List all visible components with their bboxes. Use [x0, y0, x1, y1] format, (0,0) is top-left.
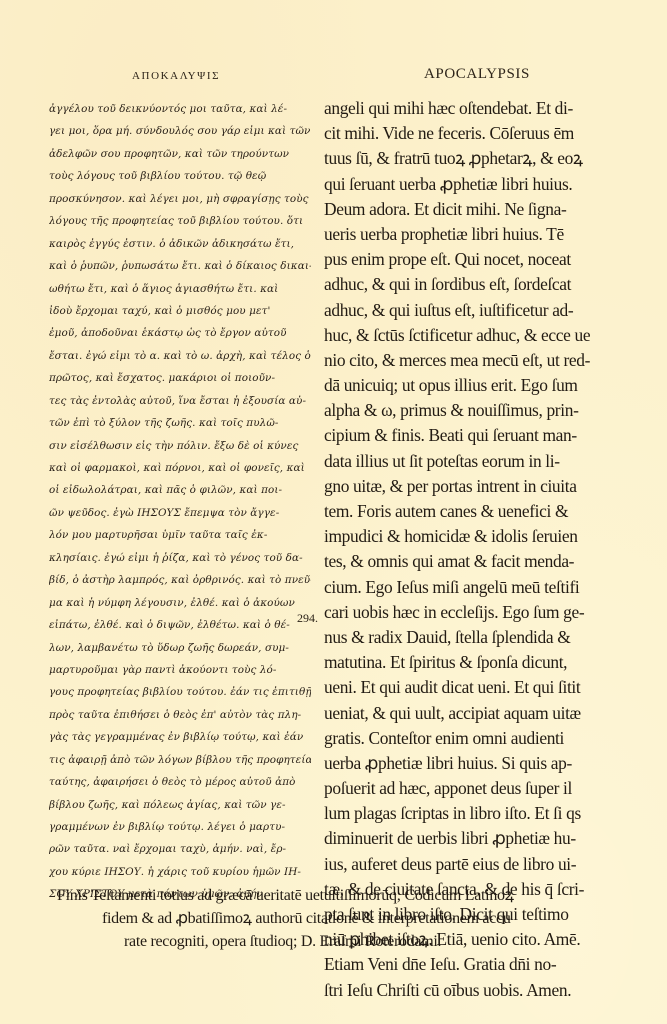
book-page: ΑΠΟΚΑΛΥΨΙΣ APOCALYPSIS ἀγγέλου τοῦ δεικν…: [0, 0, 667, 1024]
latin-line: ueni. Et qui audit dicat ueni. Et qui ſi…: [324, 675, 614, 700]
running-head-latin: APOCALYPSIS: [424, 66, 530, 83]
latin-line: impudici & homicidæ & idolis ſeruien: [324, 524, 614, 549]
colophon-line: fidem & ad ꝓbatiſſimoꝝ authorū citationē…: [0, 907, 667, 930]
latin-line: angeli qui mihi hæc oſtendebat. Et di-: [324, 96, 614, 121]
latin-line: data illius ut ſit poteſtas eorum in li-: [324, 449, 614, 474]
latin-line: diminuerit de uerbis libri ꝓphetiæ hu-: [324, 826, 614, 851]
greek-line: λόγους τῆς προφητείας τοῦ βιβλίου τούτου…: [49, 210, 311, 232]
greek-line: προσκύνησον. καὶ λέγει μοι, μὴ σφραγίσῃς…: [49, 188, 311, 210]
latin-line: Etiam Veni dn̄e Ieſu. Gratia dn̄i no-: [324, 952, 614, 977]
latin-line: tem. Foris autem canes & uenefici &: [324, 499, 614, 524]
greek-line: τοὺς λόγους τοῦ βιβλίου τούτου. τῷ θεῷ: [49, 165, 311, 187]
greek-line: ῶν ψεῦδος. ἐγὼ ΙΗΣΟΥΣ ἔπεμψα τὸν ἄγγε-: [49, 502, 311, 524]
greek-line: χου κύριε ΙΗΣΟΥ. ἡ χάρις τοῦ κυρίου ἡμῶν…: [49, 861, 311, 883]
greek-line: τις ἀφαιρῇ ἀπὸ τῶν λόγων βίβλου τῆς προφ…: [49, 749, 311, 771]
latin-line: tes, & omnis qui amat & facit menda-: [324, 549, 614, 574]
greek-line: λόν μου μαρτυρῆσαι ὑμῖν ταῦτα ταῖς ἐκ-: [49, 524, 311, 546]
greek-line: καιρὸς ἐγγύς ἐστιν. ὁ ἀδικῶν ἀδικησάτω ἔ…: [49, 233, 311, 255]
latin-line: cari uobis hæc in eccleſijs. Ego ſum ge-: [324, 600, 614, 625]
latin-line: dā unicuiq; ut opus illius erit. Ego ſum: [324, 373, 614, 398]
greek-line: ἐμοῦ, ἀποδοῦναι ἑκάστῳ ὡς τὸ ἔργον αὐτοῦ: [49, 322, 311, 344]
greek-line: πρὸς ταῦτα ἐπιθήσει ὁ θεὸς ἐπ' αὐτὸν τὰς…: [49, 704, 311, 726]
greek-line: ἰδοὺ ἔρχομαι ταχύ, καὶ ὁ μισθός μου μετ': [49, 300, 311, 322]
greek-line: καὶ ὁ ῥυπῶν, ῥυπωσάτω ἔτι. καὶ ὁ δίκαιος…: [49, 255, 311, 277]
latin-line: cit mihi. Vide ne feceris. Cōſeruus ēm: [324, 121, 614, 146]
latin-line: Deum adora. Et dicit mihi. Ne ſigna-: [324, 197, 614, 222]
greek-line: γει μοι, ὅρα μή. σύνδουλός σου γάρ εἰμι …: [49, 120, 311, 142]
colophon-line: Finis Teſtamenti totius ad græcā ueritat…: [0, 884, 667, 907]
latin-line: tuus ſū, & fratrū tuoꝝ ꝓphetarꝝ, & eoꝝ: [324, 146, 614, 171]
latin-line: poſuerit ad hæc, apponet deus ſuper il: [324, 776, 614, 801]
greek-line: τῶν ἐπὶ τὸ ξύλον τῆς ζωῆς. καὶ τοῖς πυλῶ…: [49, 412, 311, 434]
latin-line: adhuc, & qui iuſtus eſt, iuſtificetur ad…: [324, 298, 614, 323]
greek-line: ἀγγέλου τοῦ δεικνύοντός μοι ταῦτα, καὶ λ…: [49, 98, 311, 120]
latin-line: pus enim prope eſt. Qui nocet, noceat: [324, 247, 614, 272]
latin-line: gratis. Conteſtor enim omni audienti: [324, 726, 614, 751]
folio-number: 294.: [297, 611, 318, 626]
colophon: Finis Teſtamenti totius ad græcā ueritat…: [0, 884, 667, 953]
latin-line: nus & radix Dauid, ſtella ſplendida &: [324, 625, 614, 650]
latin-line: uerba ꝓphetiæ libri huius. Si quis ap-: [324, 751, 614, 776]
latin-line: cium. Ego Ieſus miſi angelū meū teſtifi: [324, 575, 614, 600]
latin-line: gno uitæ, & per portas intrent in ciuita: [324, 474, 614, 499]
greek-line: ταύτης, ἀφαιρήσει ὁ θεὸς τὸ μέρος αὐτοῦ …: [49, 771, 311, 793]
greek-line: γραμμένων ἐν βιβλίῳ τούτῳ. λέγει ὁ μαρτυ…: [49, 816, 311, 838]
latin-line: alpha & ω, primus & nouiſſimus, prin-: [324, 398, 614, 423]
latin-text-column: angeli qui mihi hæc oſtendebat. Et di- c…: [324, 96, 614, 1003]
greek-line: οἱ εἰδωλολάτραι, καὶ πᾶς ὁ φιλῶν, καὶ πο…: [49, 479, 311, 501]
greek-line: βίδ, ὁ ἀστὴρ λαμπρός, καὶ ὀρθρινός. καὶ …: [49, 569, 311, 591]
latin-line: adhuc, & qui in ſordibus eſt, ſordeſcat: [324, 272, 614, 297]
latin-line: nio cito, & merces mea mecū eſt, ut red-: [324, 348, 614, 373]
colophon-line: rate recogniti, opera ſtudioq; D. Eraſmi…: [0, 930, 667, 953]
running-head-greek: ΑΠΟΚΑΛΥΨΙΣ: [132, 70, 220, 82]
latin-line: ius, auferet deus partē eius de libro ui…: [324, 852, 614, 877]
greek-line: τες τὰς ἐντολὰς αὐτοῦ, ἵνα ἔσται ἡ ἐξουσ…: [49, 390, 311, 412]
greek-line: κλησίαις. ἐγώ εἰμι ἡ ῥίζα, καὶ τὸ γένος …: [49, 547, 311, 569]
greek-line: εἰπάτω, ἐλθέ. καὶ ὁ διψῶν, ἐλθέτω. καὶ ὁ…: [49, 614, 311, 636]
greek-line: πρῶτος, καὶ ἔσχατος. μακάριοι οἱ ποιοῦν-: [49, 367, 311, 389]
greek-line: μαρτυροῦμαι γὰρ παντὶ ἀκούοντι τοὺς λό-: [49, 659, 311, 681]
greek-text-column: ἀγγέλου τοῦ δεικνύοντός μοι ταῦτα, καὶ λ…: [49, 98, 311, 906]
greek-line: γὰς τὰς γεγραμμένας ἐν βιβλίῳ τούτῳ, καὶ…: [49, 726, 311, 748]
latin-line: lum plagas ſcriptas in libro iſto. Et ſi…: [324, 801, 614, 826]
greek-line: μα καὶ ἡ νύμφη λέγουσιν, ἐλθέ. καὶ ὁ ἀκο…: [49, 592, 311, 614]
latin-line: ueris uerba prophetiæ libri huius. Tē: [324, 222, 614, 247]
greek-line: ωθήτω ἔτι, καὶ ὁ ἅγιος ἁγιασθήτω ἔτι. κα…: [49, 278, 311, 300]
latin-line: matutina. Et ſpiritus & ſponſa dicunt,: [324, 650, 614, 675]
greek-line: ρῶν ταῦτα. ναὶ ἔρχομαι ταχὺ, ἀμήν. ναὶ, …: [49, 838, 311, 860]
greek-line: βίβλου ζωῆς, καὶ πόλεως ἁγίας, καὶ τῶν γ…: [49, 794, 311, 816]
greek-line: καὶ οἱ φαρμακοὶ, καὶ πόρνοι, καὶ οἱ φονε…: [49, 457, 311, 479]
greek-line: σιν εἰσέλθωσιν εἰς τὴν πόλιν. ἔξω δὲ οἱ …: [49, 435, 311, 457]
greek-line: ἔσται. ἐγώ εἰμι τὸ α. καὶ τὸ ω. ἀρχὴ, κα…: [49, 345, 311, 367]
greek-line: γους προφητείας βιβλίου τούτου. ἐάν τις …: [49, 681, 311, 703]
latin-line: ſtri Ieſu Chriſti cū oībus uobis. Amen.: [324, 978, 614, 1003]
latin-line: cipium & finis. Beati qui ſeruant man-: [324, 423, 614, 448]
latin-line: ueniat, & qui uult, accipiat aquam uitæ: [324, 701, 614, 726]
latin-line: huc, & ſctūs ſctificetur adhuc, & ecce u…: [324, 323, 614, 348]
greek-line: ἀδελφῶν σου προφητῶν, καὶ τῶν τηρούντων: [49, 143, 311, 165]
greek-line: λων, λαμβανέτω τὸ ὕδωρ ζωῆς δωρεάν, συμ-: [49, 637, 311, 659]
latin-line: qui ſeruant uerba ꝓphetiæ libri huius.: [324, 172, 614, 197]
